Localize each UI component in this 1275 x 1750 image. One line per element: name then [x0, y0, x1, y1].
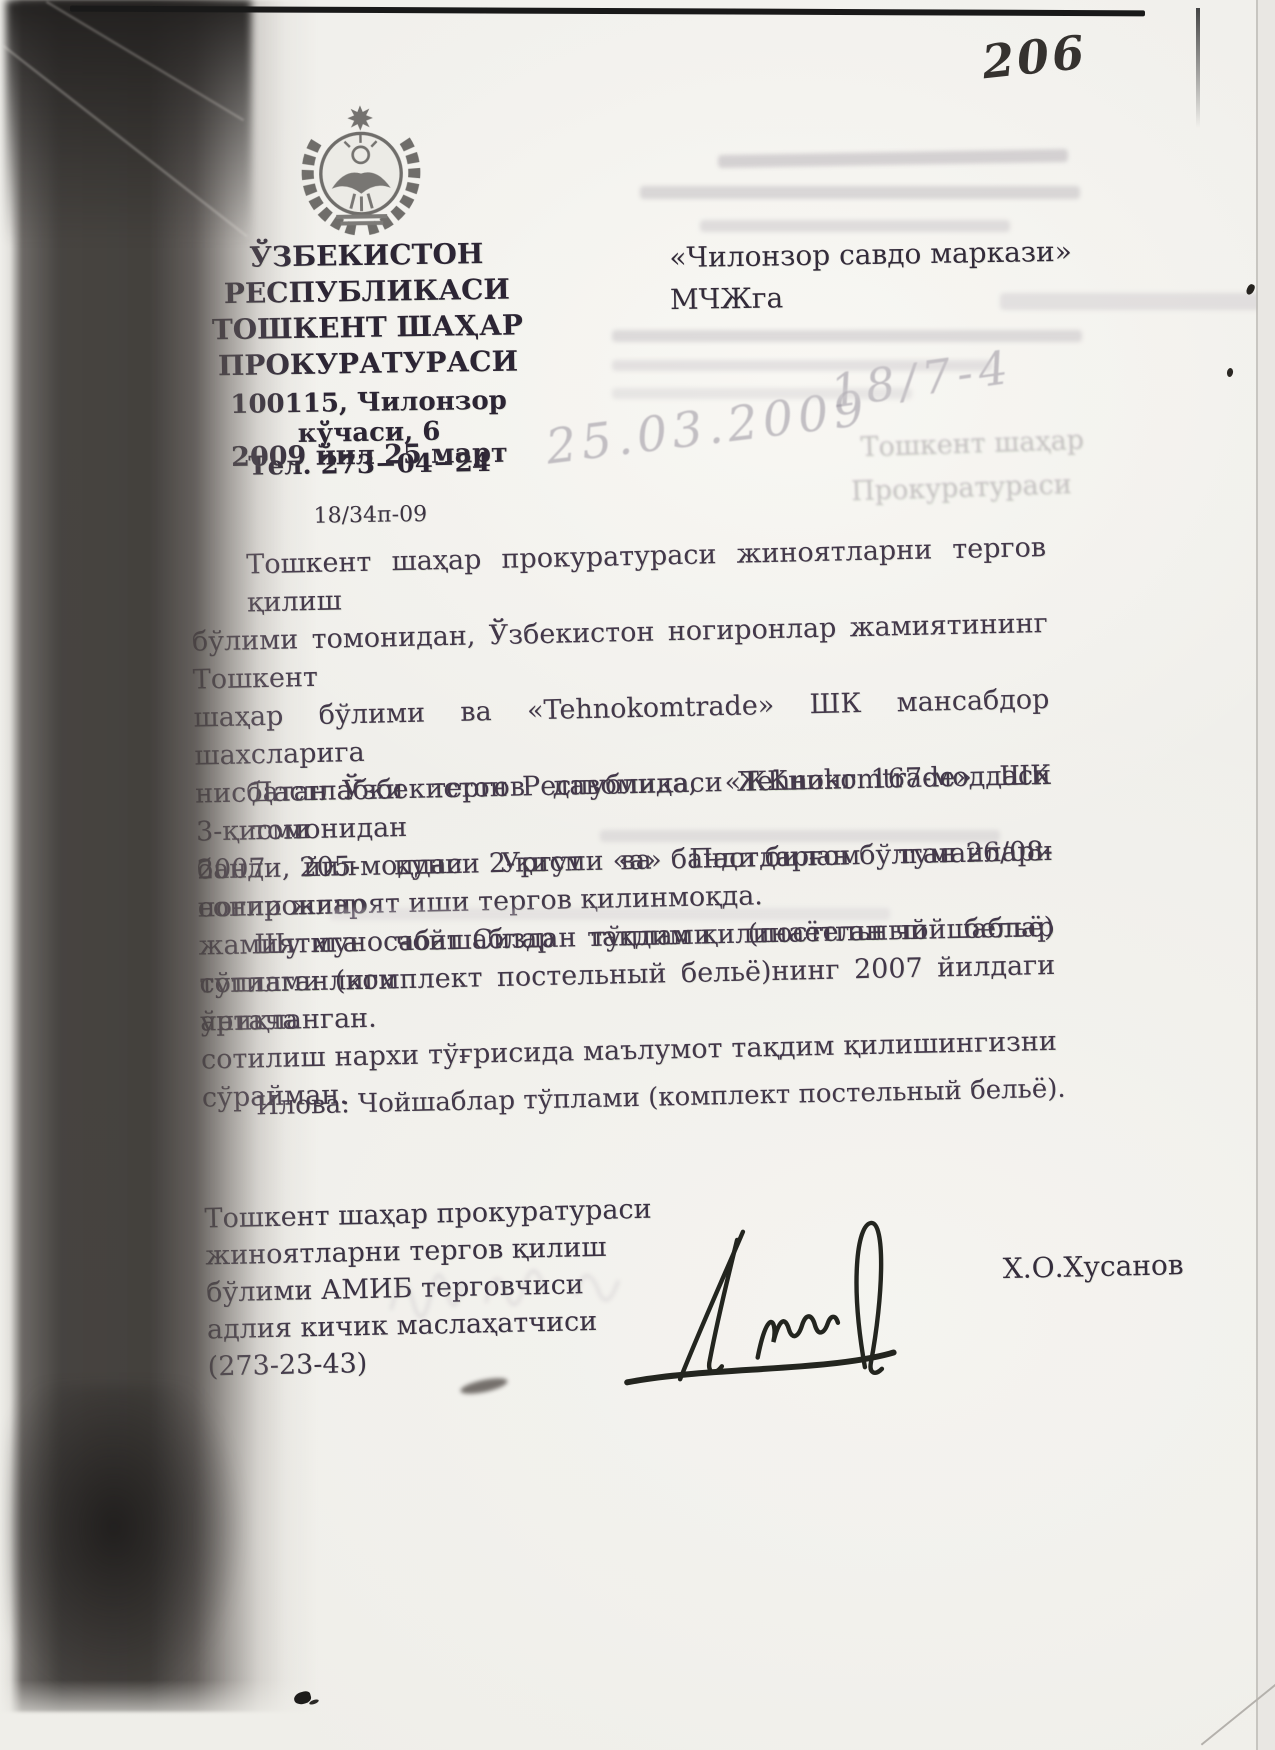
- scan-shadow-bottom: [8, 1385, 243, 1700]
- ghost-bleed-bar: [612, 330, 1082, 342]
- scan-edge-line: [1196, 8, 1200, 128]
- scan-right-margin: [1258, 0, 1275, 1750]
- ghost-bleed-bar: [640, 186, 1080, 199]
- ghost-bleed-bar: [600, 830, 1000, 842]
- ghost-bleed-bar: [612, 388, 912, 399]
- ghost-bleed-bar: [700, 220, 1010, 232]
- scan-right-edge-line: [1256, 0, 1258, 1750]
- signature-ink: [618, 1204, 942, 1401]
- handwritten-page-number: 206: [979, 25, 1089, 90]
- ghost-bleed-bar: [1000, 293, 1262, 310]
- recipient-line1: «Чилонзор савдо маркази»: [669, 231, 1090, 280]
- scanned-letter-page: ЎЗБЕКИСТОН РЕСПУБЛИКАСИ ТОШКЕНТ ШАҲАР ПР…: [0, 0, 1275, 1750]
- ghost-bleed-bar: [612, 360, 992, 371]
- ghost-bleed-text-line1: Тошкент шаҳар: [860, 425, 1084, 463]
- scan-shadow-top: [6, 0, 251, 245]
- ghost-bleed-text-line2: Прокуратураси: [851, 469, 1072, 507]
- ghost-handwriting: [375, 1223, 657, 1339]
- scan-shadow-fade: [0, 1680, 320, 1750]
- ghost-bleed-bar: [330, 908, 890, 920]
